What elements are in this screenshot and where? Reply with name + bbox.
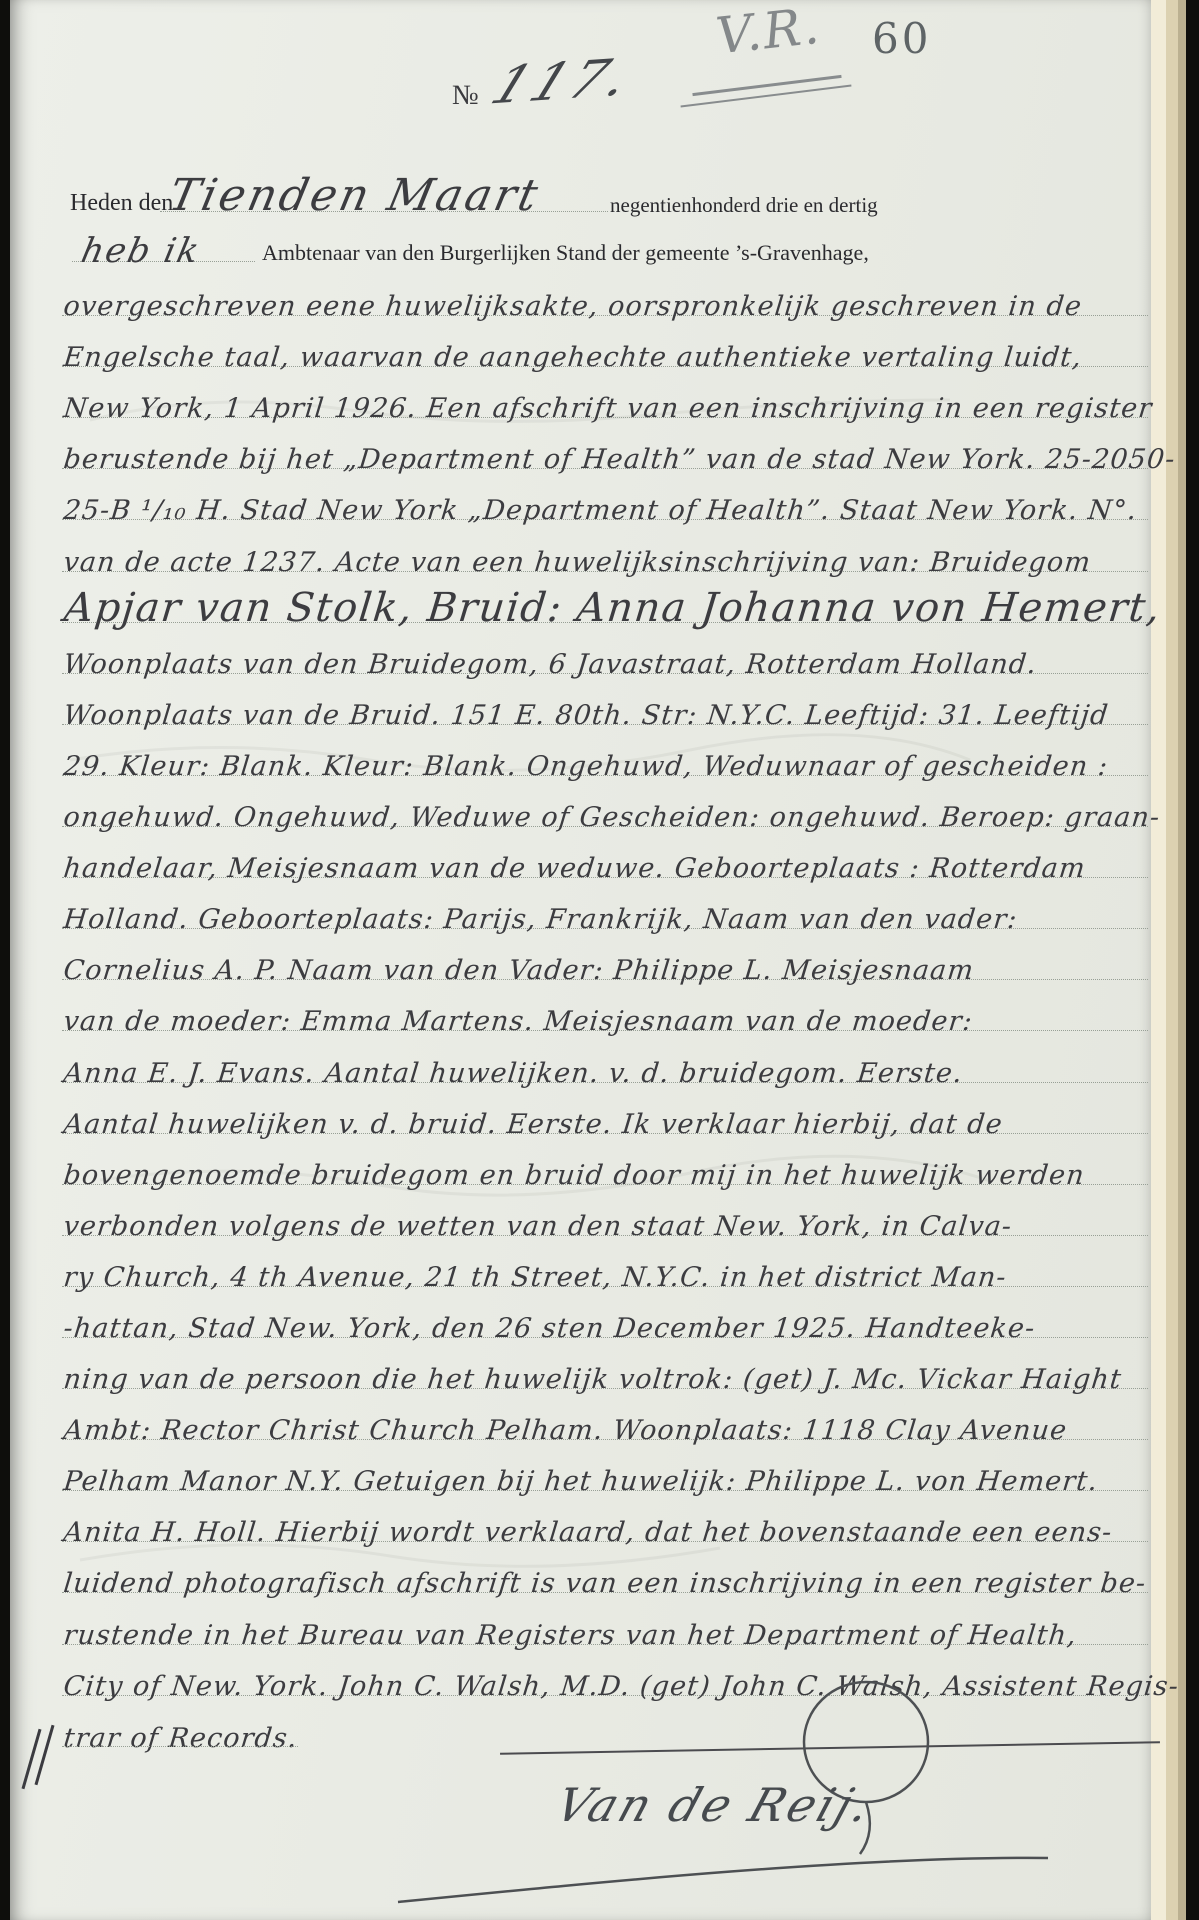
registrar-initials: V.R. — [713, 0, 823, 65]
handwritten-line: verbonden volgens de wetten van den staa… — [62, 1185, 1148, 1236]
handwritten-line: bovengenoemde bruidegom en bruid door mi… — [62, 1134, 1148, 1185]
handwritten-line: van de acte 1237. Acte van een huwelijks… — [62, 520, 1148, 571]
handwritten-line: Woonplaats van den Bruidegom, 6 Javastra… — [62, 623, 1148, 674]
handwritten-line: luidend photografisch afschrift is van e… — [62, 1542, 1148, 1593]
handwritten-line: Aantal huwelijken v. d. bruid. Eerste. I… — [62, 1083, 1148, 1134]
handwritten-line: rustende in het Bureau van Registers van… — [62, 1593, 1148, 1644]
heb-ik-field: heb ik — [72, 212, 255, 262]
handwritten-line: Ambt: Rector Christ Church Pelham. Woonp… — [62, 1389, 1148, 1440]
act-number-label: № — [452, 80, 479, 112]
handwritten-line-names: Apjar van Stolk, Bruid: Anna Johanna von… — [62, 572, 1148, 623]
page-number: 60 — [872, 14, 931, 63]
handwritten-line: Anita H. Holl. Hierbij wordt verklaard, … — [62, 1491, 1148, 1542]
page-stack-edge — [1151, 0, 1166, 1920]
handwritten-line: Anna E. J. Evans. Aantal huwelijken. v. … — [62, 1031, 1148, 1082]
printed-year: negentienhonderd drie en dertig — [610, 193, 878, 218]
handwritten-line: ning van de persoon die het huwelijk vol… — [62, 1338, 1148, 1389]
handwritten-line: Holland. Geboorteplaats: Parijs, Frankri… — [62, 878, 1148, 929]
handwritten-line: handelaar, Meisjesnaam van de weduwe. Ge… — [62, 827, 1148, 878]
date-field: Tienden Maart — [160, 150, 608, 212]
handwritten-line: berustende bij het „Department of Health… — [62, 418, 1148, 469]
handwritten-line: 29. Kleur: Blank. Kleur: Blank. Ongehuwd… — [62, 725, 1148, 776]
signature: Van de Reij. — [549, 1778, 880, 1832]
handwritten-line: New York, 1 April 1926. Een afschrift va… — [62, 367, 1148, 418]
handwritten-line: ry Church, 4 th Avenue, 21 th Street, N.… — [62, 1236, 1148, 1287]
handwritten-line: Cornelius A. P. Naam van den Vader: Phil… — [62, 929, 1148, 980]
handwritten-body: overgeschreven eene huwelijksakte, oorsp… — [62, 265, 1148, 1747]
handwritten-line: van de moeder: Emma Martens. Meisjesnaam… — [62, 980, 1148, 1031]
handwritten-line: Engelsche taal, waarvan de aangehechte a… — [62, 316, 1148, 367]
page-stack-edge — [1178, 0, 1186, 1920]
page-stack-edge — [1166, 0, 1178, 1920]
handwritten-line: -hattan, Stad New. York, den 26 sten Dec… — [62, 1287, 1148, 1338]
handwritten-line: Pelham Manor N.Y. Getuigen bij het huwel… — [62, 1440, 1148, 1491]
short-dotted-rule — [62, 1746, 298, 1747]
handwritten-line: ongehuwd. Ongehuwd, Weduwe of Gescheiden… — [62, 776, 1148, 827]
handwritten-line: 25-B ¹/₁₀ H. Stad New York „Department o… — [62, 469, 1148, 520]
handwritten-line: Woonplaats van de Bruid. 151 E. 80th. St… — [62, 674, 1148, 725]
handwritten-line: overgeschreven eene huwelijksakte, oorsp… — [62, 265, 1148, 316]
printed-officer-line: Ambtenaar van den Burgerlijken Stand der… — [262, 240, 869, 266]
document-scan: { "colors": { "paper": "#e9ebe4", "ink":… — [0, 0, 1199, 1920]
